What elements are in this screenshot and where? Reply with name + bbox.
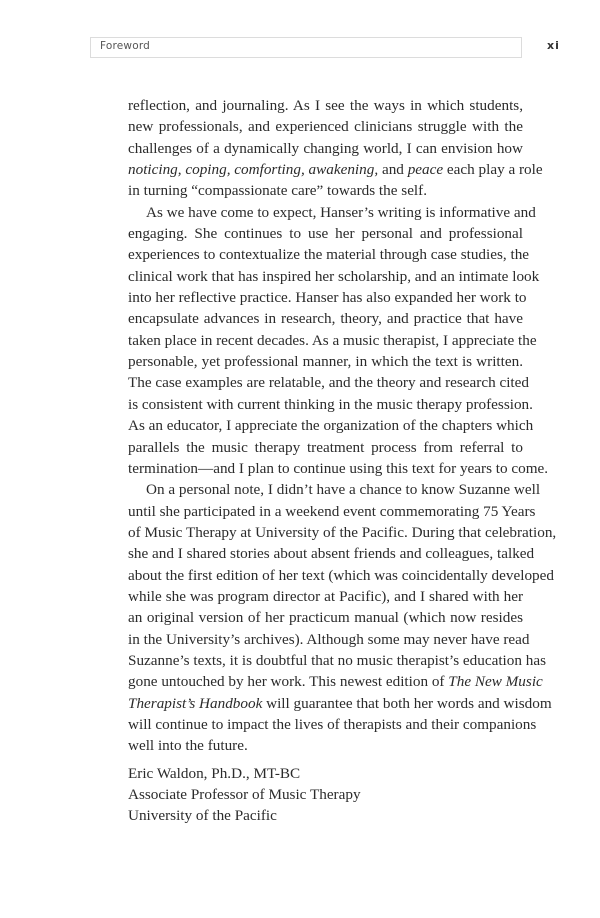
running-header: Foreword: [90, 37, 522, 58]
page-number: xi: [547, 39, 560, 52]
text-line: will continue to impact the lives of the…: [128, 714, 523, 735]
text-line: noticing, coping, comforting, awakening,…: [128, 159, 523, 180]
text-line: reflection, and journaling. As I see the…: [128, 95, 523, 116]
signature-block: Eric Waldon, Ph.D., MT-BC Associate Prof…: [128, 763, 523, 827]
text-line: challenges of a dynamically changing wor…: [128, 138, 523, 159]
text-line: engaging. She continues to use her perso…: [128, 223, 523, 244]
text-line: personable, yet professional manner, in …: [128, 351, 523, 372]
text-line: well into the future.: [128, 735, 523, 756]
text-line: Therapist’s Handbook will guarantee that…: [128, 693, 523, 714]
paragraph: As we have come to expect, Hanser’s writ…: [128, 202, 523, 479]
text-line: On a personal note, I didn’t have a chan…: [128, 479, 523, 500]
section-title: Foreword: [100, 40, 150, 52]
text-line: into her reflective practice. Hanser has…: [128, 287, 523, 308]
text-line: she and I shared stories about absent fr…: [128, 543, 523, 564]
italic-text: Therapist’s Handbook: [128, 695, 262, 712]
paragraph: On a personal note, I didn’t have a chan…: [128, 479, 523, 756]
author-name: Eric Waldon, Ph.D., MT-BC: [128, 763, 523, 784]
paragraph-list: reflection, and journaling. As I see the…: [128, 95, 523, 757]
text-line: while she was program director at Pacifi…: [128, 586, 523, 607]
text-line: encapsulate advances in research, theory…: [128, 308, 523, 329]
text-line: until she participated in a weekend even…: [128, 501, 523, 522]
italic-text: noticing, coping, comforting, awakening,: [128, 161, 378, 178]
author-title: Associate Professor of Music Therapy: [128, 784, 523, 805]
text-line: an original version of her practicum man…: [128, 607, 523, 628]
book-page: Foreword xi reflection, and journaling. …: [0, 0, 600, 918]
text-line: new professionals, and experienced clini…: [128, 116, 523, 137]
foreword-body: reflection, and journaling. As I see the…: [128, 95, 523, 827]
text-line: about the first edition of her text (whi…: [128, 565, 523, 586]
text-line: As we have come to expect, Hanser’s writ…: [128, 202, 523, 223]
text-line: of Music Therapy at University of the Pa…: [128, 522, 523, 543]
text-line: termination—and I plan to continue using…: [128, 458, 523, 479]
text-line: As an educator, I appreciate the organiz…: [128, 415, 523, 436]
text-line: in the University’s archives). Although …: [128, 629, 523, 650]
text-line: Suzanne’s texts, it is doubtful that no …: [128, 650, 523, 671]
text-line: experiences to contextualize the materia…: [128, 244, 523, 265]
author-affiliation: University of the Pacific: [128, 805, 523, 826]
text-line: is consistent with current thinking in t…: [128, 394, 523, 415]
text-line: taken place in recent decades. As a musi…: [128, 330, 523, 351]
paragraph: reflection, and journaling. As I see the…: [128, 95, 523, 202]
italic-text: The New Music: [448, 673, 543, 690]
text-line: parallels the music therapy treatment pr…: [128, 437, 523, 458]
italic-text: peace: [408, 161, 443, 178]
text-line: in turning “compassionate care” towards …: [128, 180, 523, 201]
text-line: The case examples are relatable, and the…: [128, 372, 523, 393]
text-line: gone untouched by her work. This newest …: [128, 671, 523, 692]
text-line: clinical work that has inspired her scho…: [128, 266, 523, 287]
